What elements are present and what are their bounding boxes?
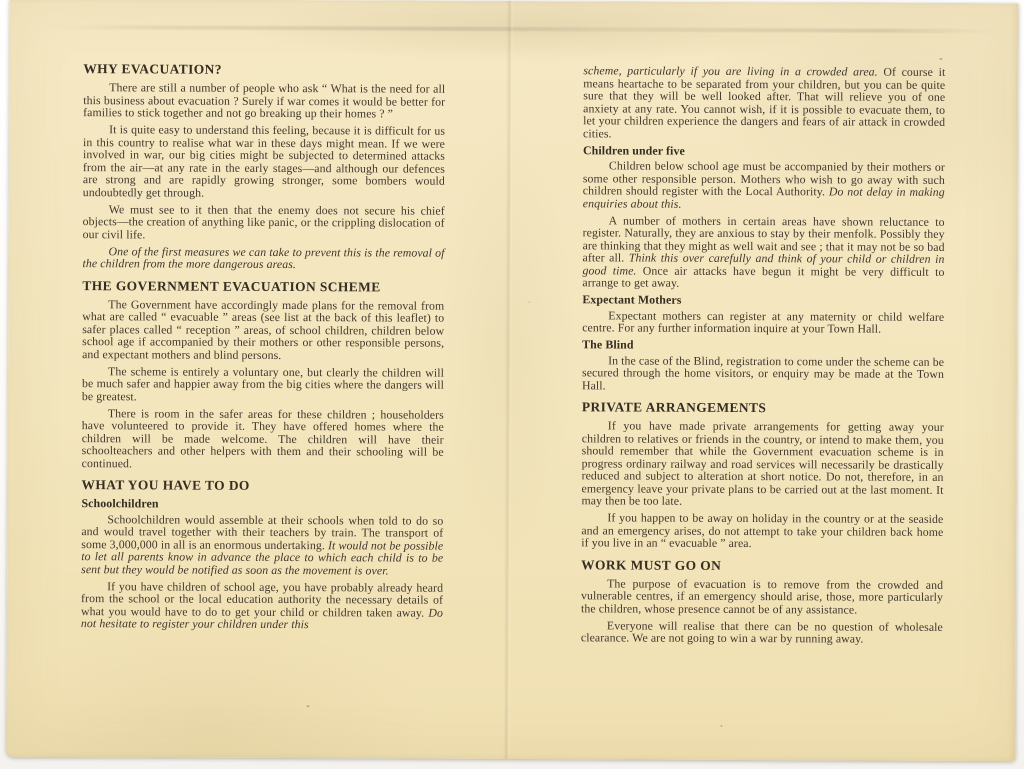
subsection-heading: Schoolchildren [81, 497, 443, 511]
text-run: There is room in the safer areas for the… [82, 406, 444, 470]
paragraph: In the case of the Blind, registration t… [582, 354, 944, 393]
paragraph: If you have children of school age, you … [81, 580, 443, 632]
paragraph: If you have made private arrangements fo… [581, 419, 943, 508]
leaflet-page: WHY EVACUATION?There are still a number … [6, 0, 1018, 761]
text-run: If you have children of school age, you … [81, 579, 443, 619]
paragraph: Children below school age must be accomp… [583, 159, 945, 211]
text-run: If you happen to be away on holiday in t… [581, 510, 943, 550]
subsection-heading: The Blind [582, 338, 944, 352]
paragraph: Everyone will realise that there can be … [581, 619, 943, 646]
italic-text-run: One of the first measures we can take to… [82, 244, 444, 271]
paragraph: We must see to it then that the enemy do… [83, 203, 445, 242]
section-heading: WORK MUST GO ON [581, 558, 943, 574]
paragraph: If you happen to be away on holiday in t… [581, 511, 943, 550]
page-content: WHY EVACUATION?There are still a number … [7, 0, 1019, 650]
text-run: There are still a number of people who a… [83, 80, 445, 120]
text-run: The Government have accordingly made pla… [82, 297, 444, 362]
text-run: Everyone will realise that there can be … [581, 618, 943, 646]
paragraph: Expectant mothers can register at any ma… [582, 309, 944, 336]
text-run: Of course it means heartache to be separ… [583, 65, 945, 140]
subsection-heading: Expectant Mothers [582, 293, 944, 307]
paper-speck [307, 705, 310, 707]
text-run: In the case of the Blind, registration t… [582, 353, 944, 392]
paragraph: There are still a number of people who a… [83, 81, 445, 120]
text-run: We must see to it then that the enemy do… [83, 202, 445, 241]
paragraph: There is room in the safer areas for the… [82, 407, 444, 471]
paper-speck [720, 725, 722, 727]
paragraph: The purpose of evacuation is to remove f… [581, 577, 943, 616]
paragraph: Schoolchildren would assemble at their s… [81, 513, 443, 577]
scanned-leaflet: WHY EVACUATION?There are still a number … [0, 0, 1024, 769]
paragraph: It is quite easy to understand this feel… [83, 123, 445, 200]
paragraph: The Government have accordingly made pla… [82, 298, 444, 362]
paragraph: scheme, particularly if you are living i… [583, 64, 945, 141]
section-heading: THE GOVERNMENT EVACUATION SCHEME [82, 279, 444, 295]
section-heading: WHY EVACUATION? [83, 62, 445, 78]
left-column: WHY EVACUATION?There are still a number … [81, 62, 446, 648]
section-heading: PRIVATE ARRANGEMENTS [582, 400, 944, 416]
text-run: If you have made private arrangements fo… [581, 418, 943, 507]
paragraph: A number of mothers in certain areas hav… [582, 214, 944, 291]
text-run: Once air attacks have begun it might be … [582, 263, 944, 290]
text-run: Expectant mothers can register at any ma… [582, 308, 944, 336]
text-run: The scheme is entirely a voluntary one, … [82, 364, 444, 403]
text-run: The purpose of evacuation is to remove f… [581, 576, 943, 616]
subsection-heading: Children under five [583, 144, 945, 158]
paragraph: The scheme is entirely a voluntary one, … [82, 365, 444, 404]
text-run: It is quite easy to understand this feel… [83, 122, 445, 199]
right-column: scheme, particularly if you are living i… [581, 64, 946, 650]
paragraph: One of the first measures we can take to… [82, 245, 444, 272]
section-heading: WHAT YOU HAVE TO DO [82, 478, 444, 494]
